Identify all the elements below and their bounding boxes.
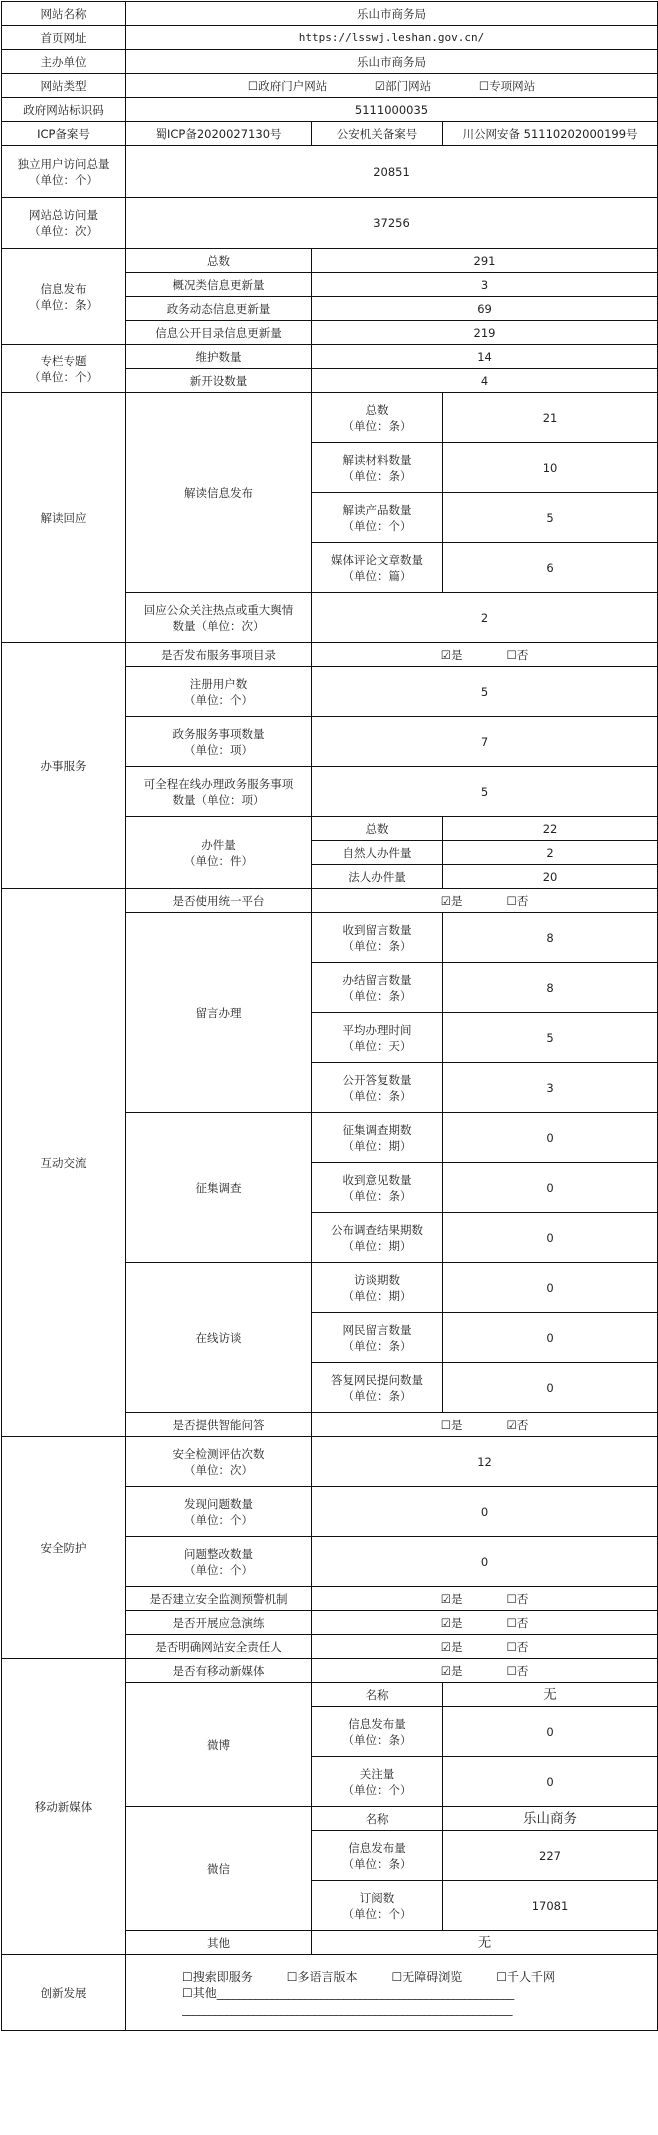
interp-response-label: 回应公众关注热点或重大舆情数量（单位：次） <box>126 593 312 643</box>
checkbox-dept-site[interactable]: ☑部门网站 <box>375 78 431 94</box>
row-page-views: 网站总访问量（单位：次） 37256 <box>2 198 658 249</box>
info-row-label: 信息公开目录信息更新量 <box>126 321 312 345</box>
info-row-value: 3 <box>312 273 658 297</box>
sponsor-label: 主办单位 <box>2 50 126 74</box>
cases-row-label: 自然人办件量 <box>312 841 443 865</box>
msg-row-label: 公开答复数量（单位：条） <box>312 1063 443 1113</box>
msg-row-label: 收到留言数量（单位：条） <box>312 913 443 963</box>
sec-row-value: 0 <box>312 1537 658 1587</box>
sec-check-label: 是否建立安全监测预警机制 <box>126 1587 312 1611</box>
sec-row-label: 安全检测评估次数（单位：次） <box>126 1437 312 1487</box>
msg-row-value: 8 <box>443 963 658 1013</box>
msg-row-value: 3 <box>443 1063 658 1113</box>
info-row-label: 概况类信息更新量 <box>126 273 312 297</box>
row-interp-total: 解读回应 解读信息发布 总数（单位：条） 21 <box>2 393 658 443</box>
info-publish-label: 信息发布（单位：条） <box>2 249 126 345</box>
survey-row-label: 收到意见数量（单位：条） <box>312 1163 443 1213</box>
row-platform: 互动交流 是否使用统一平台 ☑是☐否 <box>2 889 658 913</box>
wechat-name-value: 乐山商务 <box>443 1807 658 1831</box>
row-media-has: 移动新媒体 是否有移动新媒体 ☑是☐否 <box>2 1659 658 1683</box>
interp-row-label: 解读材料数量（单位：条） <box>312 443 443 493</box>
sec-check-options: ☑是☐否 <box>312 1611 658 1635</box>
new-media-label: 移动新媒体 <box>2 1659 126 1955</box>
msg-row-label: 办结留言数量（单位：条） <box>312 963 443 1013</box>
interview-label: 在线访谈 <box>126 1263 312 1413</box>
sec-row-value: 0 <box>312 1487 658 1537</box>
info-row-label: 总数 <box>126 249 312 273</box>
checkbox-no[interactable]: ☑否 <box>507 1417 529 1433</box>
weibo-name-value: 无 <box>443 1683 658 1707</box>
icp-value: 蜀ICP备2020027130号 <box>126 122 312 146</box>
site-type-label: 网站类型 <box>2 74 126 98</box>
media-has-label: 是否有移动新媒体 <box>126 1659 312 1683</box>
checkbox-yes[interactable]: ☐是 <box>441 1417 463 1433</box>
site-type-options: ☐政府门户网站 ☑部门网站 ☐专项网站 <box>126 74 658 98</box>
website-report-table: 网站名称 乐山市商务局 首页网址 https://lsswj.leshan.go… <box>1 1 658 2031</box>
uv-label: 独立用户访问总量（单位：个） <box>2 146 126 198</box>
interp-publish-label: 解读信息发布 <box>126 393 312 593</box>
innovation-label: 创新发展 <box>2 1955 126 2031</box>
survey-label: 征集调查 <box>126 1113 312 1263</box>
row-columns-maintain: 专栏专题（单位：个） 维护数量 14 <box>2 345 658 369</box>
row-sponsor: 主办单位 乐山市商务局 <box>2 50 658 74</box>
sec-check-label: 是否明确网站安全责任人 <box>126 1635 312 1659</box>
columns-label: 专栏专题（单位：个） <box>2 345 126 393</box>
row-unique-visitors: 独立用户访问总量（单位：个） 20851 <box>2 146 658 198</box>
media-other-label: 其他 <box>126 1931 312 1955</box>
weibo-posts-value: 0 <box>443 1707 658 1757</box>
checkbox-yes[interactable]: ☑是 <box>441 1591 463 1607</box>
interp-row-value: 5 <box>443 493 658 543</box>
checkbox-no[interactable]: ☐否 <box>507 1663 529 1679</box>
checkbox-unchecked-icon: ☐ <box>248 79 258 93</box>
columns-row-value: 14 <box>312 345 658 369</box>
interview-row-label: 网民留言数量（单位：条） <box>312 1313 443 1363</box>
row-site-type: 网站类型 ☐政府门户网站 ☑部门网站 ☐专项网站 <box>2 74 658 98</box>
services-users-label: 注册用户数（单位：个） <box>126 667 312 717</box>
sec-check-label: 是否开展应急演练 <box>126 1611 312 1635</box>
cases-row-value: 22 <box>443 817 658 841</box>
services-label: 办事服务 <box>2 643 126 889</box>
interview-row-label: 访谈期数（单位：期） <box>312 1263 443 1313</box>
interp-row-label: 解读产品数量（单位：个） <box>312 493 443 543</box>
weibo-followers-value: 0 <box>443 1757 658 1807</box>
wechat-subs-value: 17081 <box>443 1881 658 1931</box>
checkbox-yes[interactable]: ☑是 <box>441 1639 463 1655</box>
row-info-total: 信息发布（单位：条） 总数 291 <box>2 249 658 273</box>
row-site-code: 政府网站标识码 5111000035 <box>2 98 658 122</box>
pv-label: 网站总访问量（单位：次） <box>2 198 126 249</box>
cases-row-value: 20 <box>443 865 658 889</box>
wechat-name-label: 名称 <box>312 1807 443 1831</box>
media-other-value: 无 <box>312 1931 658 1955</box>
checkbox-no[interactable]: ☐否 <box>507 893 529 909</box>
services-online-value: 5 <box>312 767 658 817</box>
sec-row-label: 问题整改数量（单位：个） <box>126 1537 312 1587</box>
cases-row-label: 法人办件量 <box>312 865 443 889</box>
weibo-name-label: 名称 <box>312 1683 443 1707</box>
checkbox-yes[interactable]: ☑是 <box>441 647 463 663</box>
survey-row-value: 0 <box>443 1163 658 1213</box>
interview-row-value: 0 <box>443 1363 658 1413</box>
checkbox-personalized[interactable]: ☐千人千网 <box>496 1969 555 1985</box>
row-services-catalog: 办事服务 是否发布服务事项目录 ☑是☐否 <box>2 643 658 667</box>
police-value: 川公网安备 51110202000199号 <box>443 122 658 146</box>
survey-row-value: 0 <box>443 1213 658 1263</box>
checkbox-yes[interactable]: ☑是 <box>441 893 463 909</box>
services-items-value: 7 <box>312 717 658 767</box>
interaction-label: 互动交流 <box>2 889 126 1437</box>
cases-label: 办件量（单位：件） <box>126 817 312 889</box>
checkbox-no[interactable]: ☐否 <box>507 1615 529 1631</box>
columns-row-label: 新开设数量 <box>126 369 312 393</box>
sec-row-label: 发现问题数量（单位：个） <box>126 1487 312 1537</box>
weibo-followers-label: 关注量（单位：个） <box>312 1757 443 1807</box>
checkbox-no[interactable]: ☐否 <box>507 647 529 663</box>
icp-label: ICP备案号 <box>2 122 126 146</box>
sec-check-options: ☑是☐否 <box>312 1635 658 1659</box>
cases-row-label: 总数 <box>312 817 443 841</box>
interp-row-value: 21 <box>443 393 658 443</box>
pv-value: 37256 <box>126 198 658 249</box>
msg-row-label: 平均办理时间（单位：天） <box>312 1013 443 1063</box>
wechat-posts-value: 227 <box>443 1831 658 1881</box>
interview-row-label: 答复网民提问数量（单位：条） <box>312 1363 443 1413</box>
msg-row-value: 5 <box>443 1013 658 1063</box>
homepage-label: 首页网址 <box>2 26 126 50</box>
msg-row-value: 8 <box>443 913 658 963</box>
interp-row-label: 总数（单位：条） <box>312 393 443 443</box>
platform-label: 是否使用统一平台 <box>126 889 312 913</box>
columns-row-label: 维护数量 <box>126 345 312 369</box>
checkbox-checked-icon: ☑ <box>375 79 385 93</box>
site-name-value: 乐山市商务局 <box>126 2 658 26</box>
sec-check-options: ☑是☐否 <box>312 1587 658 1611</box>
interp-row-value: 10 <box>443 443 658 493</box>
checkbox-multilingual[interactable]: ☐多语言版本 <box>287 1969 358 1985</box>
sec-row-value: 12 <box>312 1437 658 1487</box>
row-innovation: 创新发展 ☐搜索即服务☐多语言版本☐无障碍浏览☐千人千网 ☐其他________… <box>2 1955 658 2031</box>
row-sec-assess: 安全防护 安全检测评估次数（单位：次） 12 <box>2 1437 658 1487</box>
interp-response-value: 2 <box>312 593 658 643</box>
checkbox-yes[interactable]: ☑是 <box>441 1615 463 1631</box>
homepage-link[interactable]: https://lsswj.leshan.gov.cn/ <box>126 26 658 50</box>
interpretation-label: 解读回应 <box>2 393 126 643</box>
other-input-line-2[interactable]: ________________________________________… <box>182 2002 512 2016</box>
info-row-label: 政务动态信息更新量 <box>126 297 312 321</box>
checkbox-special-site[interactable]: ☐专项网站 <box>479 78 535 94</box>
site-name-label: 网站名称 <box>2 2 126 26</box>
interview-row-value: 0 <box>443 1263 658 1313</box>
services-catalog-options: ☑是☐否 <box>312 643 658 667</box>
other-input-line[interactable]: ________________________________________… <box>217 1986 514 2000</box>
security-label: 安全防护 <box>2 1437 126 1659</box>
messages-label: 留言办理 <box>126 913 312 1113</box>
checkbox-gov-portal[interactable]: ☐政府门户网站 <box>248 78 327 94</box>
checkbox-unchecked-icon: ☐ <box>479 79 489 93</box>
services-catalog-label: 是否发布服务事项目录 <box>126 643 312 667</box>
police-label: 公安机关备案号 <box>312 122 443 146</box>
weibo-label: 微博 <box>126 1683 312 1807</box>
services-online-label: 可全程在线办理政务服务事项数量（单位：项） <box>126 767 312 817</box>
info-row-value: 219 <box>312 321 658 345</box>
wechat-subs-label: 订阅数（单位：个） <box>312 1881 443 1931</box>
weibo-posts-label: 信息发布量（单位：条） <box>312 1707 443 1757</box>
checkbox-other[interactable]: ☐其他 <box>182 1986 217 2000</box>
cases-row-value: 2 <box>443 841 658 865</box>
site-code-value: 5111000035 <box>126 98 658 122</box>
qa-options: ☐是☑否 <box>312 1413 658 1437</box>
interview-row-value: 0 <box>443 1313 658 1363</box>
survey-row-label: 公布调查结果期数（单位：期） <box>312 1213 443 1263</box>
columns-row-value: 4 <box>312 369 658 393</box>
media-has-options: ☑是☐否 <box>312 1659 658 1683</box>
qa-label: 是否提供智能问答 <box>126 1413 312 1437</box>
interp-row-label: 媒体评论文章数量（单位：篇） <box>312 543 443 593</box>
uv-value: 20851 <box>126 146 658 198</box>
survey-row-value: 0 <box>443 1113 658 1163</box>
checkbox-search-service[interactable]: ☐搜索即服务 <box>182 1969 253 1985</box>
row-homepage: 首页网址 https://lsswj.leshan.gov.cn/ <box>2 26 658 50</box>
services-users-value: 5 <box>312 667 658 717</box>
services-items-label: 政务服务事项数量（单位：项） <box>126 717 312 767</box>
wechat-posts-label: 信息发布量（单位：条） <box>312 1831 443 1881</box>
interp-row-value: 6 <box>443 543 658 593</box>
checkbox-accessibility[interactable]: ☐无障碍浏览 <box>392 1969 463 1985</box>
platform-options: ☑是☐否 <box>312 889 658 913</box>
wechat-label: 微信 <box>126 1807 312 1931</box>
row-icp: ICP备案号 蜀ICP备2020027130号 公安机关备案号 川公网安备 51… <box>2 122 658 146</box>
checkbox-no[interactable]: ☐否 <box>507 1591 529 1607</box>
survey-row-label: 征集调查期数（单位：期） <box>312 1113 443 1163</box>
checkbox-no[interactable]: ☐否 <box>507 1639 529 1655</box>
checkbox-yes[interactable]: ☑是 <box>441 1663 463 1679</box>
row-site-name: 网站名称 乐山市商务局 <box>2 2 658 26</box>
info-row-value: 291 <box>312 249 658 273</box>
info-row-value: 69 <box>312 297 658 321</box>
innovation-options: ☐搜索即服务☐多语言版本☐无障碍浏览☐千人千网 ☐其他_____________… <box>126 1955 658 2031</box>
site-code-label: 政府网站标识码 <box>2 98 126 122</box>
sponsor-value: 乐山市商务局 <box>126 50 658 74</box>
